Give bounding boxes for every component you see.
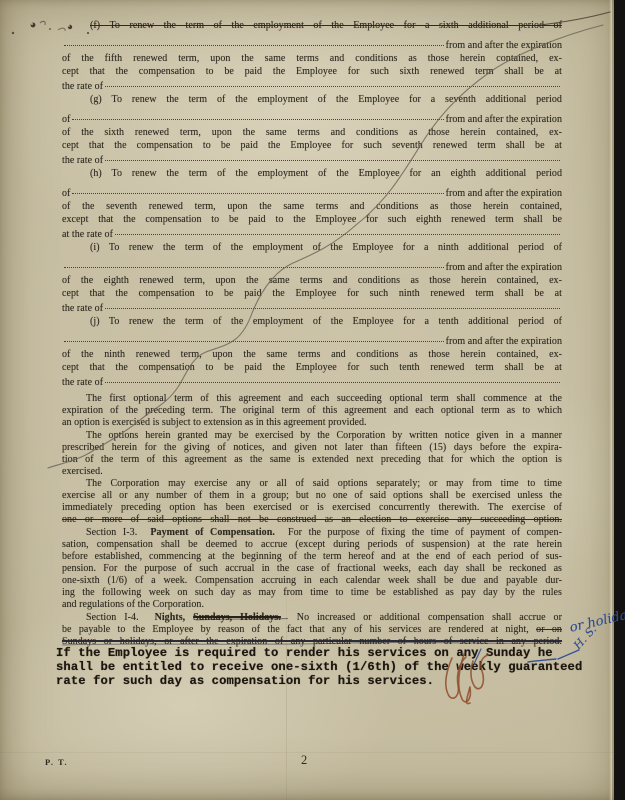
text: of (62, 114, 70, 126)
clause-g-fill-line: offrom and after the expiration (62, 114, 562, 127)
text: one-sixth (1/6) of a week. Compensation … (62, 575, 562, 586)
document-text-column: (f) To renew the term of the employment … (62, 0, 562, 800)
dotted-rule (64, 45, 444, 46)
text: the rate of (62, 155, 103, 167)
clause-f-line-3: of the fifth renewed term, upon the same… (62, 53, 562, 66)
text: exercise all or any number of them in a … (62, 490, 562, 501)
typed-insert-line-1: If the Employee is required to render hi… (56, 647, 622, 661)
text: pension. For the purpose of such accrual… (62, 563, 562, 574)
section-label: Section I-4. (86, 612, 139, 623)
text: tion of the term of this agreement as th… (62, 454, 562, 465)
text: at the rate of (62, 229, 113, 241)
clause-i-rate-line: the rate of (62, 303, 562, 316)
dotted-rule (105, 382, 560, 383)
clause-h-fill-line: offrom and after the expiration (62, 188, 562, 201)
clause-i-line-1: (i) To renew the term of the employment … (62, 242, 562, 255)
paragraph-3-line-4-struck: one or more of said options shall not be… (62, 514, 562, 527)
clause-j-line-3: of the ninth renewed term, upon the same… (62, 349, 562, 362)
dotted-rule (72, 119, 443, 120)
clause-f-line-4: cept that the compensation to be paid th… (62, 66, 562, 79)
text: and regulations of the Corporation. (62, 599, 204, 610)
text: prescribed herein for the giving of noti… (62, 442, 562, 453)
text: immediately preceding option has been ex… (62, 502, 562, 513)
struck-text: or on (536, 624, 562, 635)
clause-j-rate-line: the rate of (62, 377, 562, 390)
dotted-rule (105, 86, 560, 87)
text: from and after the expiration (446, 40, 562, 52)
text: from and after the expiration (446, 262, 562, 274)
text: ing the following week on such day as ma… (62, 587, 562, 598)
text: cept that the compensation to be paid th… (62, 362, 562, 373)
clause-h-line-1: (h) To renew the term of the employment … (62, 168, 562, 181)
text: The options herein granted may be exerci… (86, 430, 562, 441)
clause-j-line-1: (j) To renew the term of the employment … (62, 316, 562, 329)
dotted-rule (105, 308, 560, 309)
text: cept that the compensation to be paid th… (62, 66, 562, 77)
text: the rate of (62, 81, 103, 93)
text: from and after the expiration (446, 336, 562, 348)
typed-insert-line-2: shall be entitled to receive one-sixth (… (56, 661, 622, 675)
text: before established, commencing at the be… (62, 551, 562, 562)
text: The Corporation may exercise any or all … (86, 478, 562, 489)
dotted-rule (72, 193, 443, 194)
text: shall be entitled to receive one-sixth (… (56, 660, 582, 674)
footer-initials: P. T. (45, 757, 68, 767)
clause-i-fill-line: from and after the expiration (62, 262, 562, 275)
text: No increased or additional compensation … (297, 612, 562, 623)
section-title: Payment of Compensation. (150, 527, 275, 538)
clause-h-line-3: of the seventh renewed term, upon the sa… (62, 201, 562, 214)
text: expiration of the preceding term. The or… (62, 405, 562, 416)
text: exercised. (62, 466, 103, 477)
section-label: Section I-3. (86, 527, 137, 538)
clause-g-rate-line: the rate of (62, 155, 562, 168)
clause-j-line-4: cept that the compensation to be paid th… (62, 362, 562, 375)
text: If the Employee is required to render hi… (56, 646, 553, 660)
text: (i) To renew the term of the employment … (90, 242, 562, 253)
text: cept that the compensation to be paid th… (62, 288, 562, 299)
text: For the purpose of fixing the time of pa… (288, 527, 562, 538)
clause-f-rate-line: the rate of (62, 81, 562, 94)
text: of the sixth renewed term, upon the same… (62, 127, 562, 138)
text: the rate of (62, 303, 103, 315)
text: sation, compensation shall be deemed to … (62, 539, 562, 550)
dotted-rule (115, 234, 560, 235)
typed-insert-line-3: rate for such day as compensation for hi… (56, 675, 622, 689)
text: cept that the compensation to be paid th… (62, 140, 562, 151)
clause-g-line-3: of the sixth renewed term, upon the same… (62, 127, 562, 140)
clause-g-line-1: (g) To renew the term of the employment … (62, 94, 562, 107)
text: (g) To renew the term of the employment … (90, 94, 562, 105)
clause-f-line-1-text: (f) To renew the term of the employment … (90, 20, 562, 31)
text: the rate of (62, 377, 103, 389)
section-i3-line-7: and regulations of the Corporation. (62, 599, 562, 612)
clause-f-line-1: (f) To renew the term of the employment … (62, 20, 562, 33)
struck-text: one or more of said options shall not be… (62, 514, 562, 525)
struck-section-title: Sundays, Holidays. (193, 612, 281, 623)
text: of the eighth renewed term, upon the sam… (62, 275, 562, 286)
text: of the ninth renewed term, upon the same… (62, 349, 562, 360)
text: (h) To renew the term of the employment … (90, 168, 562, 179)
text: of the fifth renewed term, upon the same… (62, 53, 562, 64)
page-number: 2 (301, 753, 307, 768)
clause-h-line-4: except that the compensation to be paid … (62, 214, 562, 227)
clause-f-fill-line: from and after the expiration (62, 40, 562, 53)
text: rate for such day as compensation for hi… (56, 674, 434, 688)
clause-j-fill-line: from and after the expiration (62, 336, 562, 349)
text: The first optional term of this agreemen… (86, 393, 562, 404)
clause-i-line-4: cept that the compensation to be paid th… (62, 288, 562, 301)
paragraph-1-line-3: an option is exercised is subject to ext… (62, 417, 562, 430)
scanned-contract-page: (f) To renew the term of the employment … (0, 0, 625, 800)
text: be payable to the Employee by reason of … (62, 624, 529, 635)
clause-g-line-4: cept that the compensation to be paid th… (62, 140, 562, 153)
text: (j) To renew the term of the employment … (90, 316, 562, 327)
text: from and after the expiration (446, 114, 562, 126)
text: an option is exercised is subject to ext… (62, 417, 367, 428)
dotted-rule (64, 267, 444, 268)
dotted-rule (105, 160, 560, 161)
text: of (62, 188, 70, 200)
clause-h-rate-line: at the rate of (62, 229, 562, 242)
text: except that the compensation to be paid … (62, 214, 562, 225)
text: from and after the expiration (446, 188, 562, 200)
text: of the seventh renewed term, upon the sa… (62, 201, 562, 212)
dotted-rule (64, 341, 444, 342)
section-title: Nights, (155, 612, 186, 623)
clause-i-line-3: of the eighth renewed term, upon the sam… (62, 275, 562, 288)
